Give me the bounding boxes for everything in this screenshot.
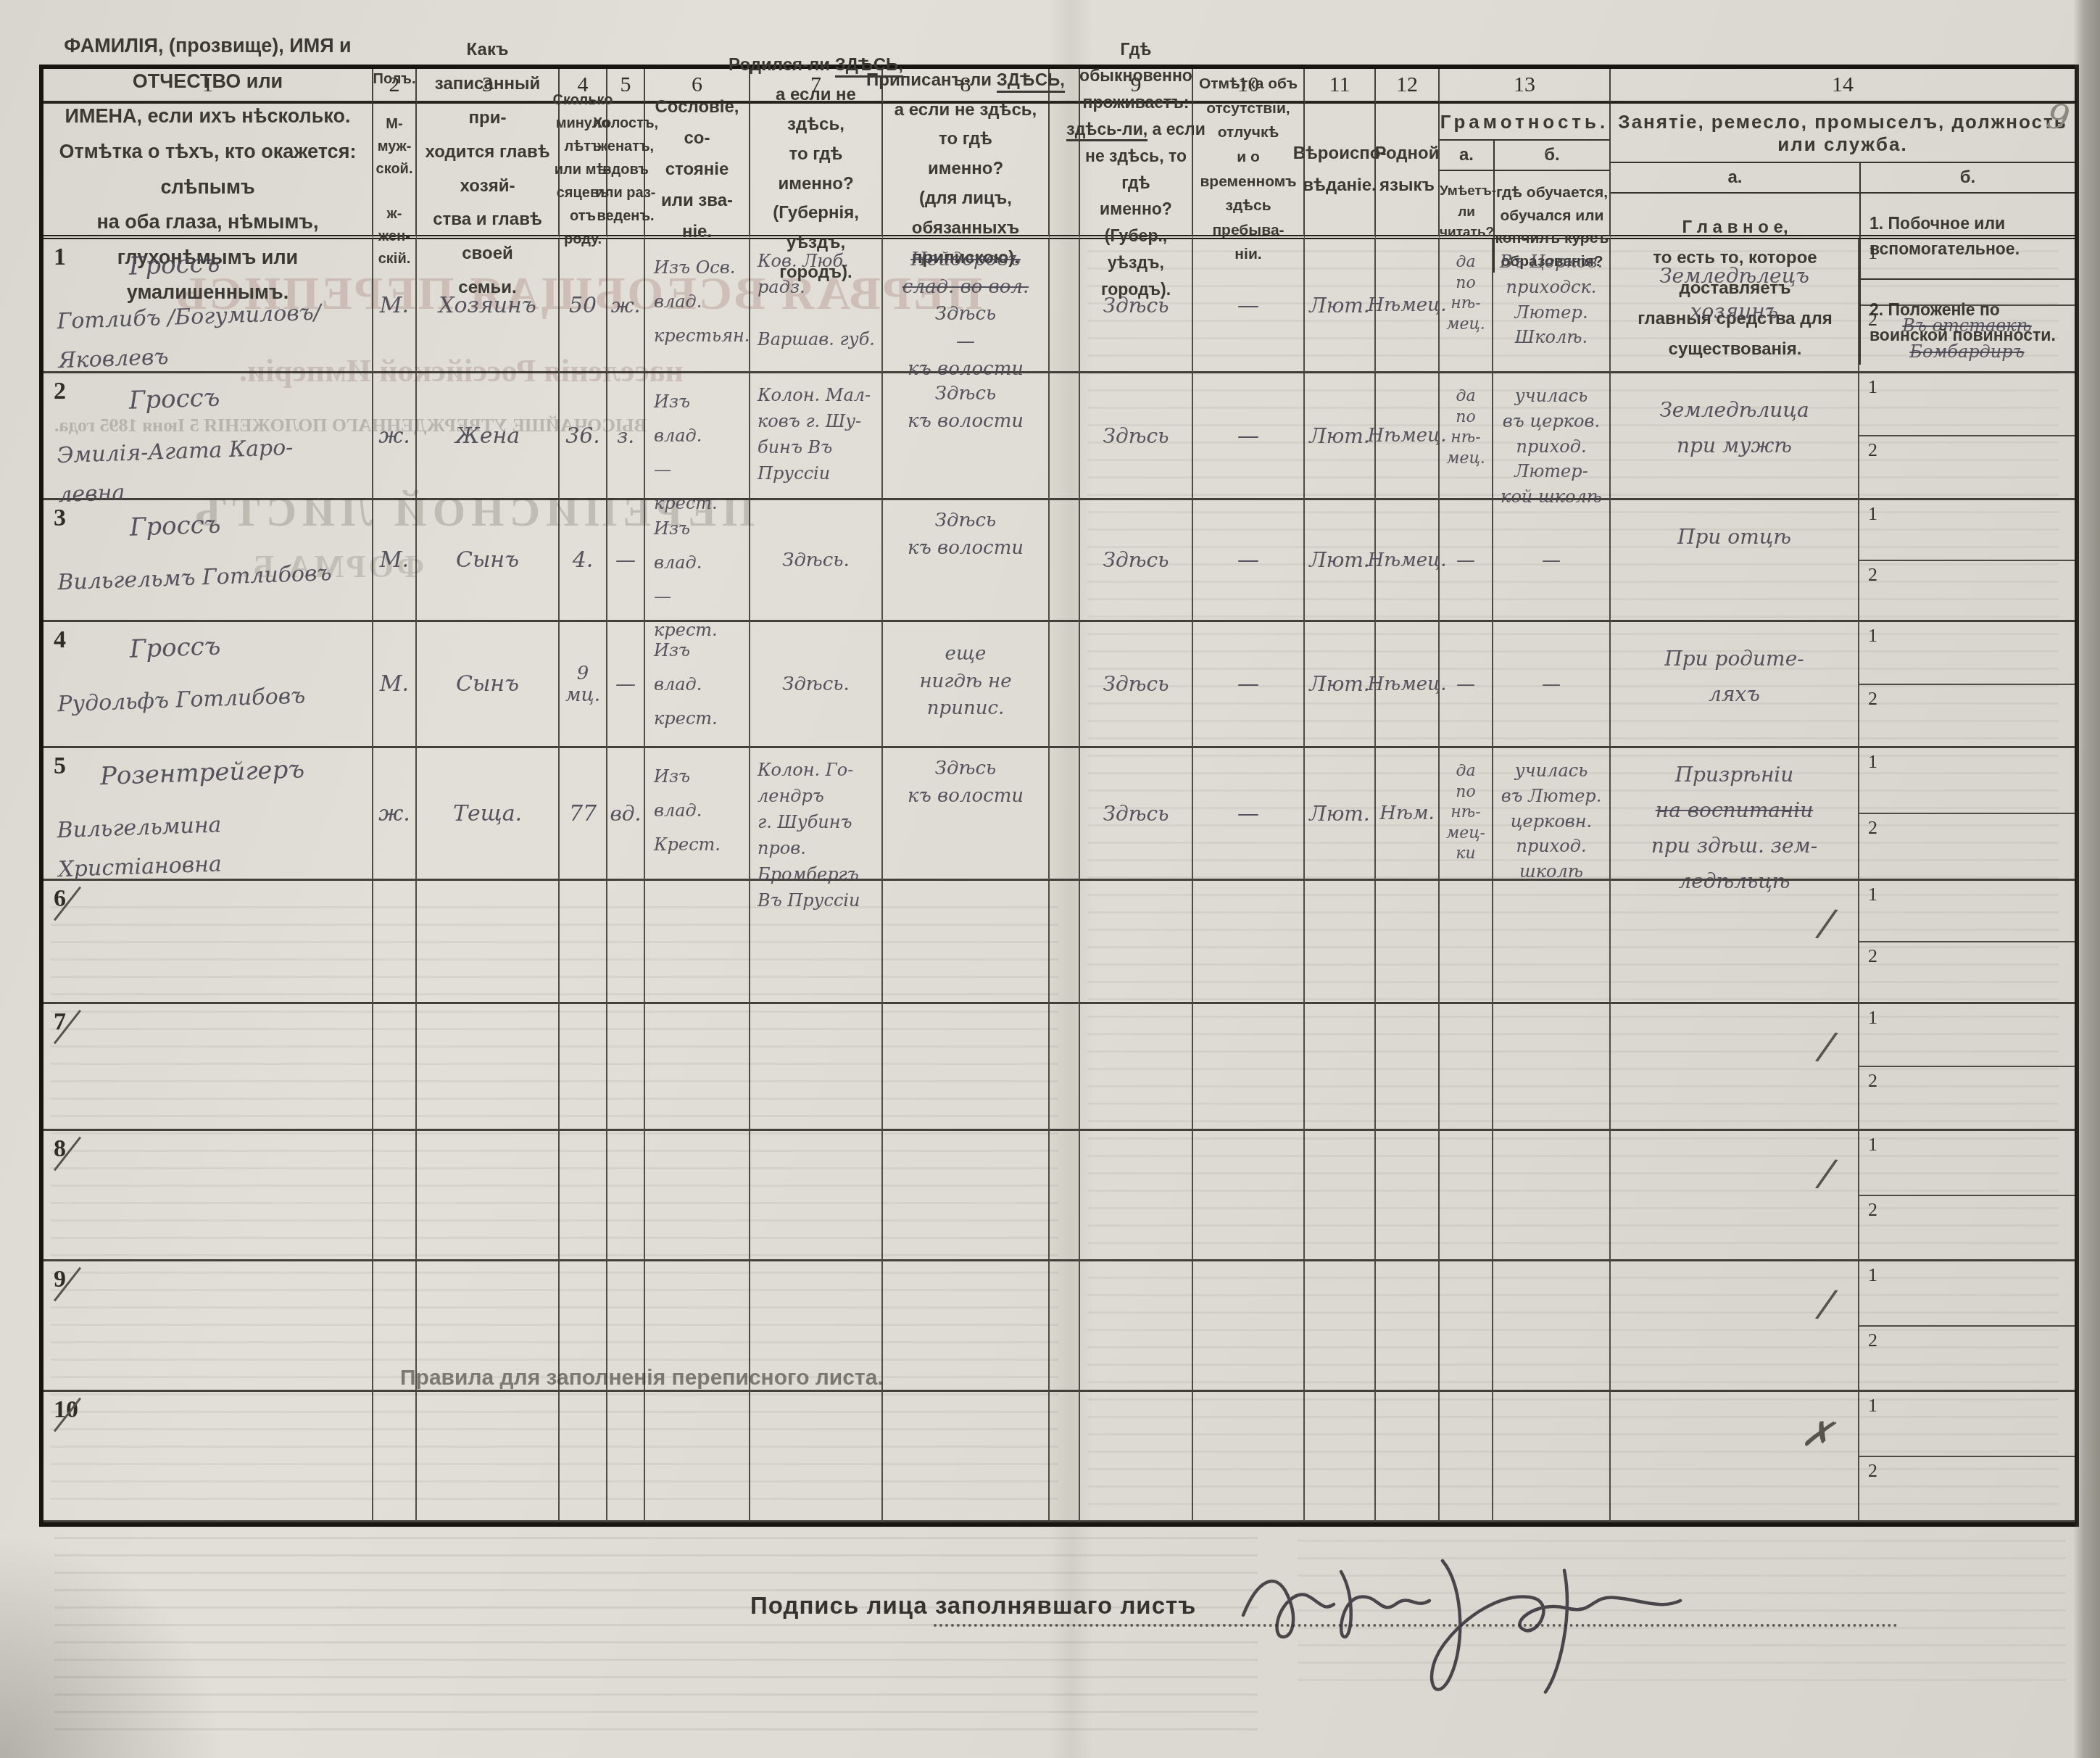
cell-name: 8 — [43, 1131, 373, 1261]
sub-row-1: 1 — [1859, 881, 2075, 941]
cell-language: Нѣмец. — [1376, 500, 1440, 622]
cell-birthplace: Здѣсь. — [750, 622, 883, 748]
cell-sex — [373, 1261, 417, 1392]
cell-registered: Здѣсь къ волости — [883, 500, 1050, 622]
sub-row-1: 1 — [1859, 239, 2075, 304]
cell-absence: — — [1193, 748, 1305, 881]
sub-row-2: 2 — [1859, 560, 2075, 621]
cell-absence — [1193, 1004, 1305, 1131]
cell-estate — [645, 1261, 750, 1392]
cell-literacy-reads: да по нѣ- мец. — [1440, 373, 1493, 500]
cell-literacy-school — [1493, 1392, 1611, 1522]
header-occupation: Занятіе, ремесло, промыселъ, должность и… — [1611, 104, 2075, 239]
cell-residence: Здѣсь — [1080, 373, 1193, 500]
cell-religion: Лют. — [1305, 500, 1376, 622]
cell-occupation-secondary: 12 — [1859, 748, 2075, 881]
cell-sex — [373, 1392, 417, 1522]
row-number: 9 — [54, 1266, 66, 1293]
cell-registered: еще нигдѣ не припис. — [883, 622, 1050, 748]
cell-estate — [645, 1392, 750, 1522]
cell-estate — [645, 881, 750, 1004]
cell-marital — [607, 881, 645, 1004]
pencil-mark: ✗ — [1797, 1400, 1838, 1469]
col-number: 13 — [1440, 69, 1611, 104]
cell-residence — [1080, 1261, 1193, 1392]
header-marital: Холостъ, женатъ, вдовъ или раз- веденъ. — [607, 104, 645, 239]
header-estate: Сословіе, со- стояніе или зва- ніе. — [645, 104, 750, 239]
cell-birthplace: Здѣсь. — [750, 500, 883, 622]
header-registered: Приписанъ-ли ЗДѢСЬ, а если не здѣсь, то … — [883, 104, 1050, 239]
cell-religion — [1305, 1131, 1376, 1261]
cell-occupation-secondary: 12 — [1859, 622, 2075, 748]
cell-estate — [645, 1131, 750, 1261]
cell-estate: Изъ влад. — крест. — [645, 373, 750, 500]
sub-row-2: 2 — [1859, 1066, 2075, 1129]
cell-age — [560, 1392, 607, 1522]
cell-language: Нѣмец. — [1376, 239, 1440, 373]
page-fold — [1050, 0, 1093, 1758]
cell-language: Нѣмец. — [1376, 373, 1440, 500]
col-number: 11 — [1305, 69, 1376, 104]
cell-estate: Изъ Осв. влад. крестьян. — [645, 239, 750, 373]
cell-literacy-school: — — [1493, 622, 1611, 748]
cell-occupation-main: / — [1611, 881, 1859, 1004]
row-number: 10 — [54, 1396, 78, 1424]
header-literacy: Грамотность. а.б. Умѣетъ- ли читать? гдѣ… — [1440, 104, 1611, 239]
cell-sex — [373, 881, 417, 1004]
cell-name: 5РозентрейгеръВильгельмина Христіановна — [43, 748, 373, 881]
cell-religion: Лют. — [1305, 239, 1376, 373]
cell-estate: Изъ влад. — крест. — [645, 500, 750, 622]
cell-residence — [1080, 1131, 1193, 1261]
surname: Гроссъ — [129, 626, 371, 664]
cell-literacy-reads: — — [1440, 500, 1493, 622]
cell-literacy-reads — [1440, 1261, 1493, 1392]
header-language: Родной языкъ — [1376, 104, 1440, 239]
sub-row-2: 2 — [1859, 1456, 2075, 1521]
signature — [1225, 1528, 1696, 1702]
col-number: 14 — [1611, 69, 2075, 104]
cell-absence — [1193, 1392, 1305, 1522]
cell-birthplace: Колон. Мал- ковъ г. Шу- бинъ Въ Пруссіи — [750, 373, 883, 500]
cell-birthplace — [750, 1131, 883, 1261]
cell-name: 9 — [43, 1261, 373, 1392]
cell-religion: Лют. — [1305, 373, 1376, 500]
cell-relation — [417, 1004, 560, 1131]
cell-absence: — — [1193, 622, 1305, 748]
cell-registered — [883, 1261, 1050, 1392]
row-number: 6 — [54, 885, 66, 913]
cell-name: 2ГроссъЭмилія-Агата Каро- левна — [43, 373, 373, 500]
cell-name: 6 — [43, 881, 373, 1004]
cell-religion — [1305, 881, 1376, 1004]
literacy-title: Грамотность. — [1440, 104, 1609, 141]
cell-age: 50 — [560, 239, 607, 373]
cell-age: 36. — [560, 373, 607, 500]
sub-row-1: 1 — [1859, 1392, 2075, 1456]
cell-registered: Здѣсь къ волости — [883, 748, 1050, 881]
census-sheet: ПЕРВАЯ ВСЕОБЩАЯ ПЕРЕПИСЬ населенія Россі… — [0, 0, 2100, 1758]
cell-occupation-main: При родите- ляхъ — [1611, 622, 1859, 748]
cell-occupation-secondary: 12 — [1859, 1392, 2075, 1522]
cell-language — [1376, 1131, 1440, 1261]
cell-residence — [1080, 1004, 1193, 1131]
cell-absence: — — [1193, 373, 1305, 500]
cell-occupation-main: Призрѣніина воспитаніипри здѣш. зем- лед… — [1611, 748, 1859, 881]
cell-relation — [417, 881, 560, 1004]
cell-occupation-main: При отцѣ — [1611, 500, 1859, 622]
cell-registered — [883, 1004, 1050, 1131]
cell-religion: Лют. — [1305, 748, 1376, 881]
surname: Гроссъ — [128, 244, 370, 281]
cell-absence: — — [1193, 500, 1305, 622]
cell-language: Нѣмец. — [1376, 622, 1440, 748]
sub-row-1: 1 — [1859, 373, 2075, 435]
cell-registered: Здѣсь къ волости — [883, 373, 1050, 500]
cell-relation: Теща. — [417, 748, 560, 881]
cell-occupation-secondary: 12 — [1859, 1261, 2075, 1392]
cell-name: 1ГроссъГотлибъ /Богумиловъ/ Яковлевъ — [43, 239, 373, 373]
cell-literacy-school: училась въ Лютер. церковн. приход. школѣ — [1493, 748, 1611, 881]
cell-relation — [417, 1392, 560, 1522]
cell-age: 77 — [560, 748, 607, 881]
cell-occupation-secondary: 12 — [1859, 881, 2075, 1004]
sub-row-2: 2Въ отставкѣ Бомбардиръ — [1859, 304, 2075, 371]
cell-residence — [1080, 881, 1193, 1004]
cell-literacy-school: — — [1493, 500, 1611, 622]
cell-relation: Жена — [417, 373, 560, 500]
cell-sex: ж. — [373, 373, 417, 500]
sub-row-2: 2 — [1859, 813, 2075, 879]
header-sex: Полъ. М-муж- ской. ж-жен- скій. — [373, 104, 417, 239]
cell-registered — [883, 881, 1050, 1004]
header-relation: Какъ записанный при- ходится главѣ хозяй… — [417, 104, 560, 239]
cell-marital: — — [607, 500, 645, 622]
cell-sex: ж. — [373, 748, 417, 881]
sub-row-2: 2 — [1859, 941, 2075, 1003]
cell-marital: ж. — [607, 239, 645, 373]
given-names: Готлибъ /Богумиловъ/ Яковлевъ — [57, 291, 375, 381]
cell-age: 9 мц. — [560, 622, 607, 748]
row-number: 7 — [54, 1008, 66, 1036]
cell-religion — [1305, 1004, 1376, 1131]
cell-literacy-reads: да по нѣ- мец- ки — [1440, 748, 1493, 881]
cell-relation: Сынъ — [417, 622, 560, 748]
cell-absence: — — [1193, 239, 1305, 373]
cell-absence — [1193, 1261, 1305, 1392]
cell-name: 7 — [43, 1004, 373, 1131]
cell-birthplace — [750, 881, 883, 1004]
cell-marital — [607, 1392, 645, 1522]
cell-relation — [417, 1131, 560, 1261]
cell-literacy-school: училась въ церков. приход. Лютер- кой шк… — [1493, 373, 1611, 500]
cell-age — [560, 881, 607, 1004]
cell-relation: Хозяинъ — [417, 239, 560, 373]
cell-occupation-main: Земледѣлица при мужѣ — [1611, 373, 1859, 500]
cell-name: 10 — [43, 1392, 373, 1522]
cell-marital: з. — [607, 373, 645, 500]
sub-row-1: 1 — [1859, 1004, 2075, 1066]
cell-relation — [417, 1261, 560, 1392]
given-names: Рудольфъ Готлибовъ — [57, 674, 374, 724]
cell-absence — [1193, 1131, 1305, 1261]
cell-religion — [1305, 1392, 1376, 1522]
sub-row-2: 2 — [1859, 435, 2075, 498]
cell-literacy-reads — [1440, 1131, 1493, 1261]
cell-residence: Здѣсь — [1080, 500, 1193, 622]
pencil-mark: / — [1816, 1271, 1838, 1338]
given-names: Вильгельмина Христіановна — [57, 800, 375, 890]
cell-occupation-main: / — [1611, 1261, 1859, 1392]
cell-marital: вд. — [607, 748, 645, 881]
cell-religion — [1305, 1261, 1376, 1392]
corner-shadow — [0, 1541, 232, 1758]
cell-sex: М. — [373, 239, 417, 373]
cell-name: 4ГроссъРудольфъ Готлибовъ — [43, 622, 373, 748]
cell-age — [560, 1261, 607, 1392]
cell-occupation-main: / — [1611, 1004, 1859, 1131]
header-absence: Отмѣтка объ отсутствіи, отлучкѣ и о врем… — [1193, 104, 1305, 239]
cell-language — [1376, 1004, 1440, 1131]
cell-birthplace — [750, 1392, 883, 1522]
cell-occupation-main: Земледѣлецъ хозяинъ — [1611, 239, 1859, 373]
cell-residence: Здѣсь — [1080, 239, 1193, 373]
cell-occupation-secondary: 12 — [1859, 500, 2075, 622]
header-birthplace: Родился-ли ЗДѢСЬ, а если не здѣсь, то гд… — [750, 104, 883, 239]
surname: Розентрейгеръ — [99, 752, 370, 791]
cell-sex — [373, 1004, 417, 1131]
surname: Гроссъ — [129, 505, 371, 542]
cell-literacy-reads: — — [1440, 622, 1493, 748]
cell-registered — [883, 1131, 1050, 1261]
surname: Гроссъ — [128, 378, 370, 415]
sub-row-2: 2 — [1859, 684, 2075, 747]
cell-sex: М. — [373, 500, 417, 622]
header-residence: Гдѣ обыкновенно проживаетъ: здѣсь-ли, а … — [1080, 104, 1193, 239]
cell-estate — [645, 1004, 750, 1131]
cell-occupation-secondary: 12 — [1859, 1004, 2075, 1131]
given-names: Вильгельмъ Готлибовъ — [57, 552, 374, 602]
signature-label: Подпись лица заполнявшаго листъ — [750, 1592, 1196, 1620]
cell-marital — [607, 1261, 645, 1392]
cell-literacy-school — [1493, 1131, 1611, 1261]
col-number: 12 — [1376, 69, 1440, 104]
cell-literacy-reads — [1440, 881, 1493, 1004]
sub-row-1: 1 — [1859, 1261, 2075, 1325]
cell-estate: Изъ влад. крест. — [645, 622, 750, 748]
cell-literacy-school — [1493, 1004, 1611, 1131]
cell-literacy-school — [1493, 881, 1611, 1004]
cell-name: 3ГроссъВильгельмъ Готлибовъ — [43, 500, 373, 622]
cell-residence: Здѣсь — [1080, 622, 1193, 748]
cell-language: Нѣм. — [1376, 748, 1440, 881]
cell-marital: — — [607, 622, 645, 748]
cell-literacy-school: Въ Церков. приходск. Лютер. Школѣ. — [1493, 239, 1611, 373]
pencil-mark: / — [1816, 890, 1838, 958]
cell-occupation-main: ✗ — [1611, 1392, 1859, 1522]
cell-sex: М. — [373, 622, 417, 748]
cell-registered — [883, 1392, 1050, 1522]
cell-birthplace: Ков. Люб. радз. Варшав. губ. — [750, 239, 883, 373]
cell-birthplace — [750, 1004, 883, 1131]
sub-row-2: 2 — [1859, 1325, 2075, 1390]
header-name: ФАМИЛІЯ, (прозвище), ИМЯ и ОТЧЕСТВО или … — [43, 104, 373, 239]
cell-age — [560, 1004, 607, 1131]
page-edge — [2073, 0, 2100, 1758]
cell-language — [1376, 1261, 1440, 1392]
cell-occupation-secondary: 12 — [1859, 373, 2075, 500]
cell-birthplace: Колон. Го- лендръ г. Шубинъ пров. Бромбе… — [750, 748, 883, 881]
cell-registered: Нейдоровъ слад. во вол.Здѣсь — къ волост… — [883, 239, 1050, 373]
cell-birthplace — [750, 1261, 883, 1392]
pencil-mark: / — [1816, 1013, 1838, 1081]
sub-row-1: 1 — [1859, 1131, 2075, 1195]
cell-literacy-school — [1493, 1261, 1611, 1392]
row-number: 8 — [54, 1135, 66, 1163]
cell-occupation-secondary: 12 — [1859, 1131, 2075, 1261]
cell-absence — [1193, 881, 1305, 1004]
sub-row-1: 1 — [1859, 748, 2075, 813]
cell-residence: Здѣсь — [1080, 748, 1193, 881]
cell-sex — [373, 1131, 417, 1261]
cell-occupation-main: / — [1611, 1131, 1859, 1261]
header-religion: Вѣроиспо- вѣданіе. — [1305, 104, 1376, 239]
cell-relation: Сынъ — [417, 500, 560, 622]
cell-literacy-reads: да по нѣ- мец. — [1440, 239, 1493, 373]
cell-estate: Изъ влад. Крест. — [645, 748, 750, 881]
cell-language — [1376, 1392, 1440, 1522]
sub-row-1: 1 — [1859, 622, 2075, 684]
cell-literacy-reads — [1440, 1004, 1493, 1131]
col-number: 5 — [607, 69, 645, 104]
cell-marital — [607, 1131, 645, 1261]
cell-literacy-reads — [1440, 1392, 1493, 1522]
cell-residence — [1080, 1392, 1193, 1522]
cell-marital — [607, 1004, 645, 1131]
cell-religion: Лют. — [1305, 622, 1376, 748]
cell-occupation-secondary: 12Въ отставкѣ Бомбардиръ — [1859, 239, 2075, 373]
cell-age: 4. — [560, 500, 607, 622]
pencil-mark: / — [1816, 1140, 1838, 1208]
sub-row-2: 2 — [1859, 1195, 2075, 1260]
cell-language — [1376, 881, 1440, 1004]
sub-row-1: 1 — [1859, 500, 2075, 560]
occupation-title: Занятіе, ремесло, промыселъ, должность и… — [1611, 104, 2075, 163]
cell-age — [560, 1131, 607, 1261]
